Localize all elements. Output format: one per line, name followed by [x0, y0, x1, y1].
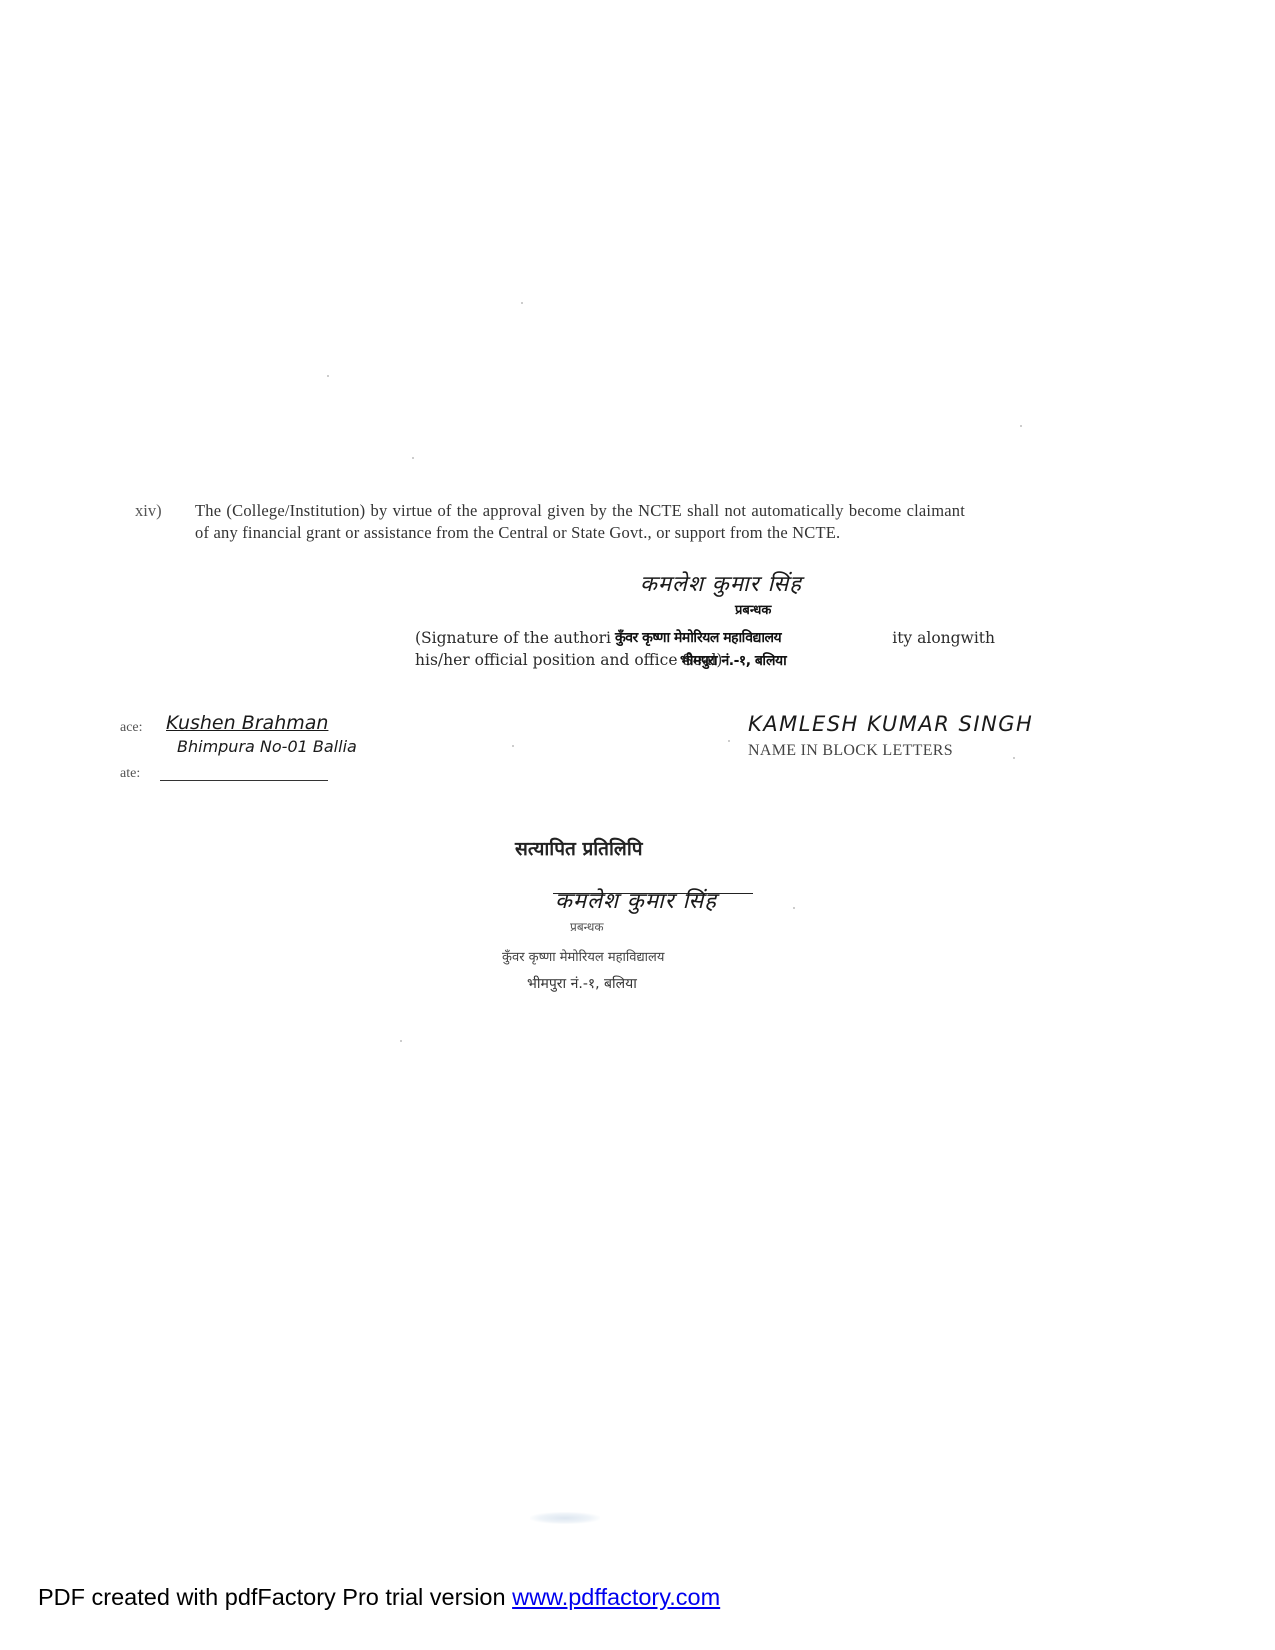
stamp-institution-name: कुँवर कृष्णा मेमोरियल महाविद्यालय: [615, 628, 781, 647]
clause-number: xiv): [135, 500, 162, 522]
attested-copy-title: सत्यापित प्रतिलिपि: [515, 835, 643, 861]
clause-xiv: xiv) The (College/Institution) by virtue…: [135, 500, 965, 544]
clause-text: The (College/Institution) by virtue of t…: [195, 500, 965, 544]
scan-speck: [512, 745, 514, 747]
attestation-signature: कमलेश कुमार सिंह: [555, 885, 717, 915]
date-field-line: [160, 780, 328, 781]
attestation-stamp-address: भीमपुरा नं.-१, बलिया: [527, 974, 637, 993]
place-value: Kushen Brahman: [166, 712, 328, 734]
handwritten-signature: कमलेश कुमार सिंह: [640, 568, 802, 598]
scan-speck: [400, 1040, 402, 1042]
signature-caption-end: ity alongwith: [892, 627, 995, 649]
date-label: ate:: [120, 766, 140, 782]
scan-speck: [412, 457, 414, 459]
scan-speck: [1013, 757, 1015, 759]
footer-text: PDF created with pdfFactory Pro trial ve…: [38, 1584, 512, 1610]
scan-speck: [521, 302, 523, 304]
scan-speck: [1020, 425, 1022, 427]
name-label: NAME IN BLOCK LETTERS: [748, 742, 953, 760]
scan-speck: [793, 907, 795, 909]
scan-smudge: [530, 1512, 600, 1524]
attestation-stamp-institution: कुँवर कृष्णा मेमोरियल महाविद्यालय: [502, 947, 664, 965]
place-label: ace:: [120, 720, 143, 736]
stamp-designation: प्रबन्धक: [735, 600, 771, 618]
pdf-footer: PDF created with pdfFactory Pro trial ve…: [38, 1584, 720, 1611]
attestation-stamp-designation: प्रबन्धक: [570, 918, 604, 935]
footer-link[interactable]: www.pdffactory.com: [512, 1584, 720, 1610]
name-handwritten: KAMLESH KUMAR SINGH: [748, 712, 1033, 736]
stamp-address: भीमपुरा नं.-१, बलिया: [680, 651, 786, 670]
place-value-line2: Bhimpura No-01 Ballia: [177, 737, 357, 756]
scan-speck: [327, 375, 329, 377]
signature-caption-start: (Signature of the authori: [415, 627, 611, 649]
scan-speck: [728, 740, 730, 742]
